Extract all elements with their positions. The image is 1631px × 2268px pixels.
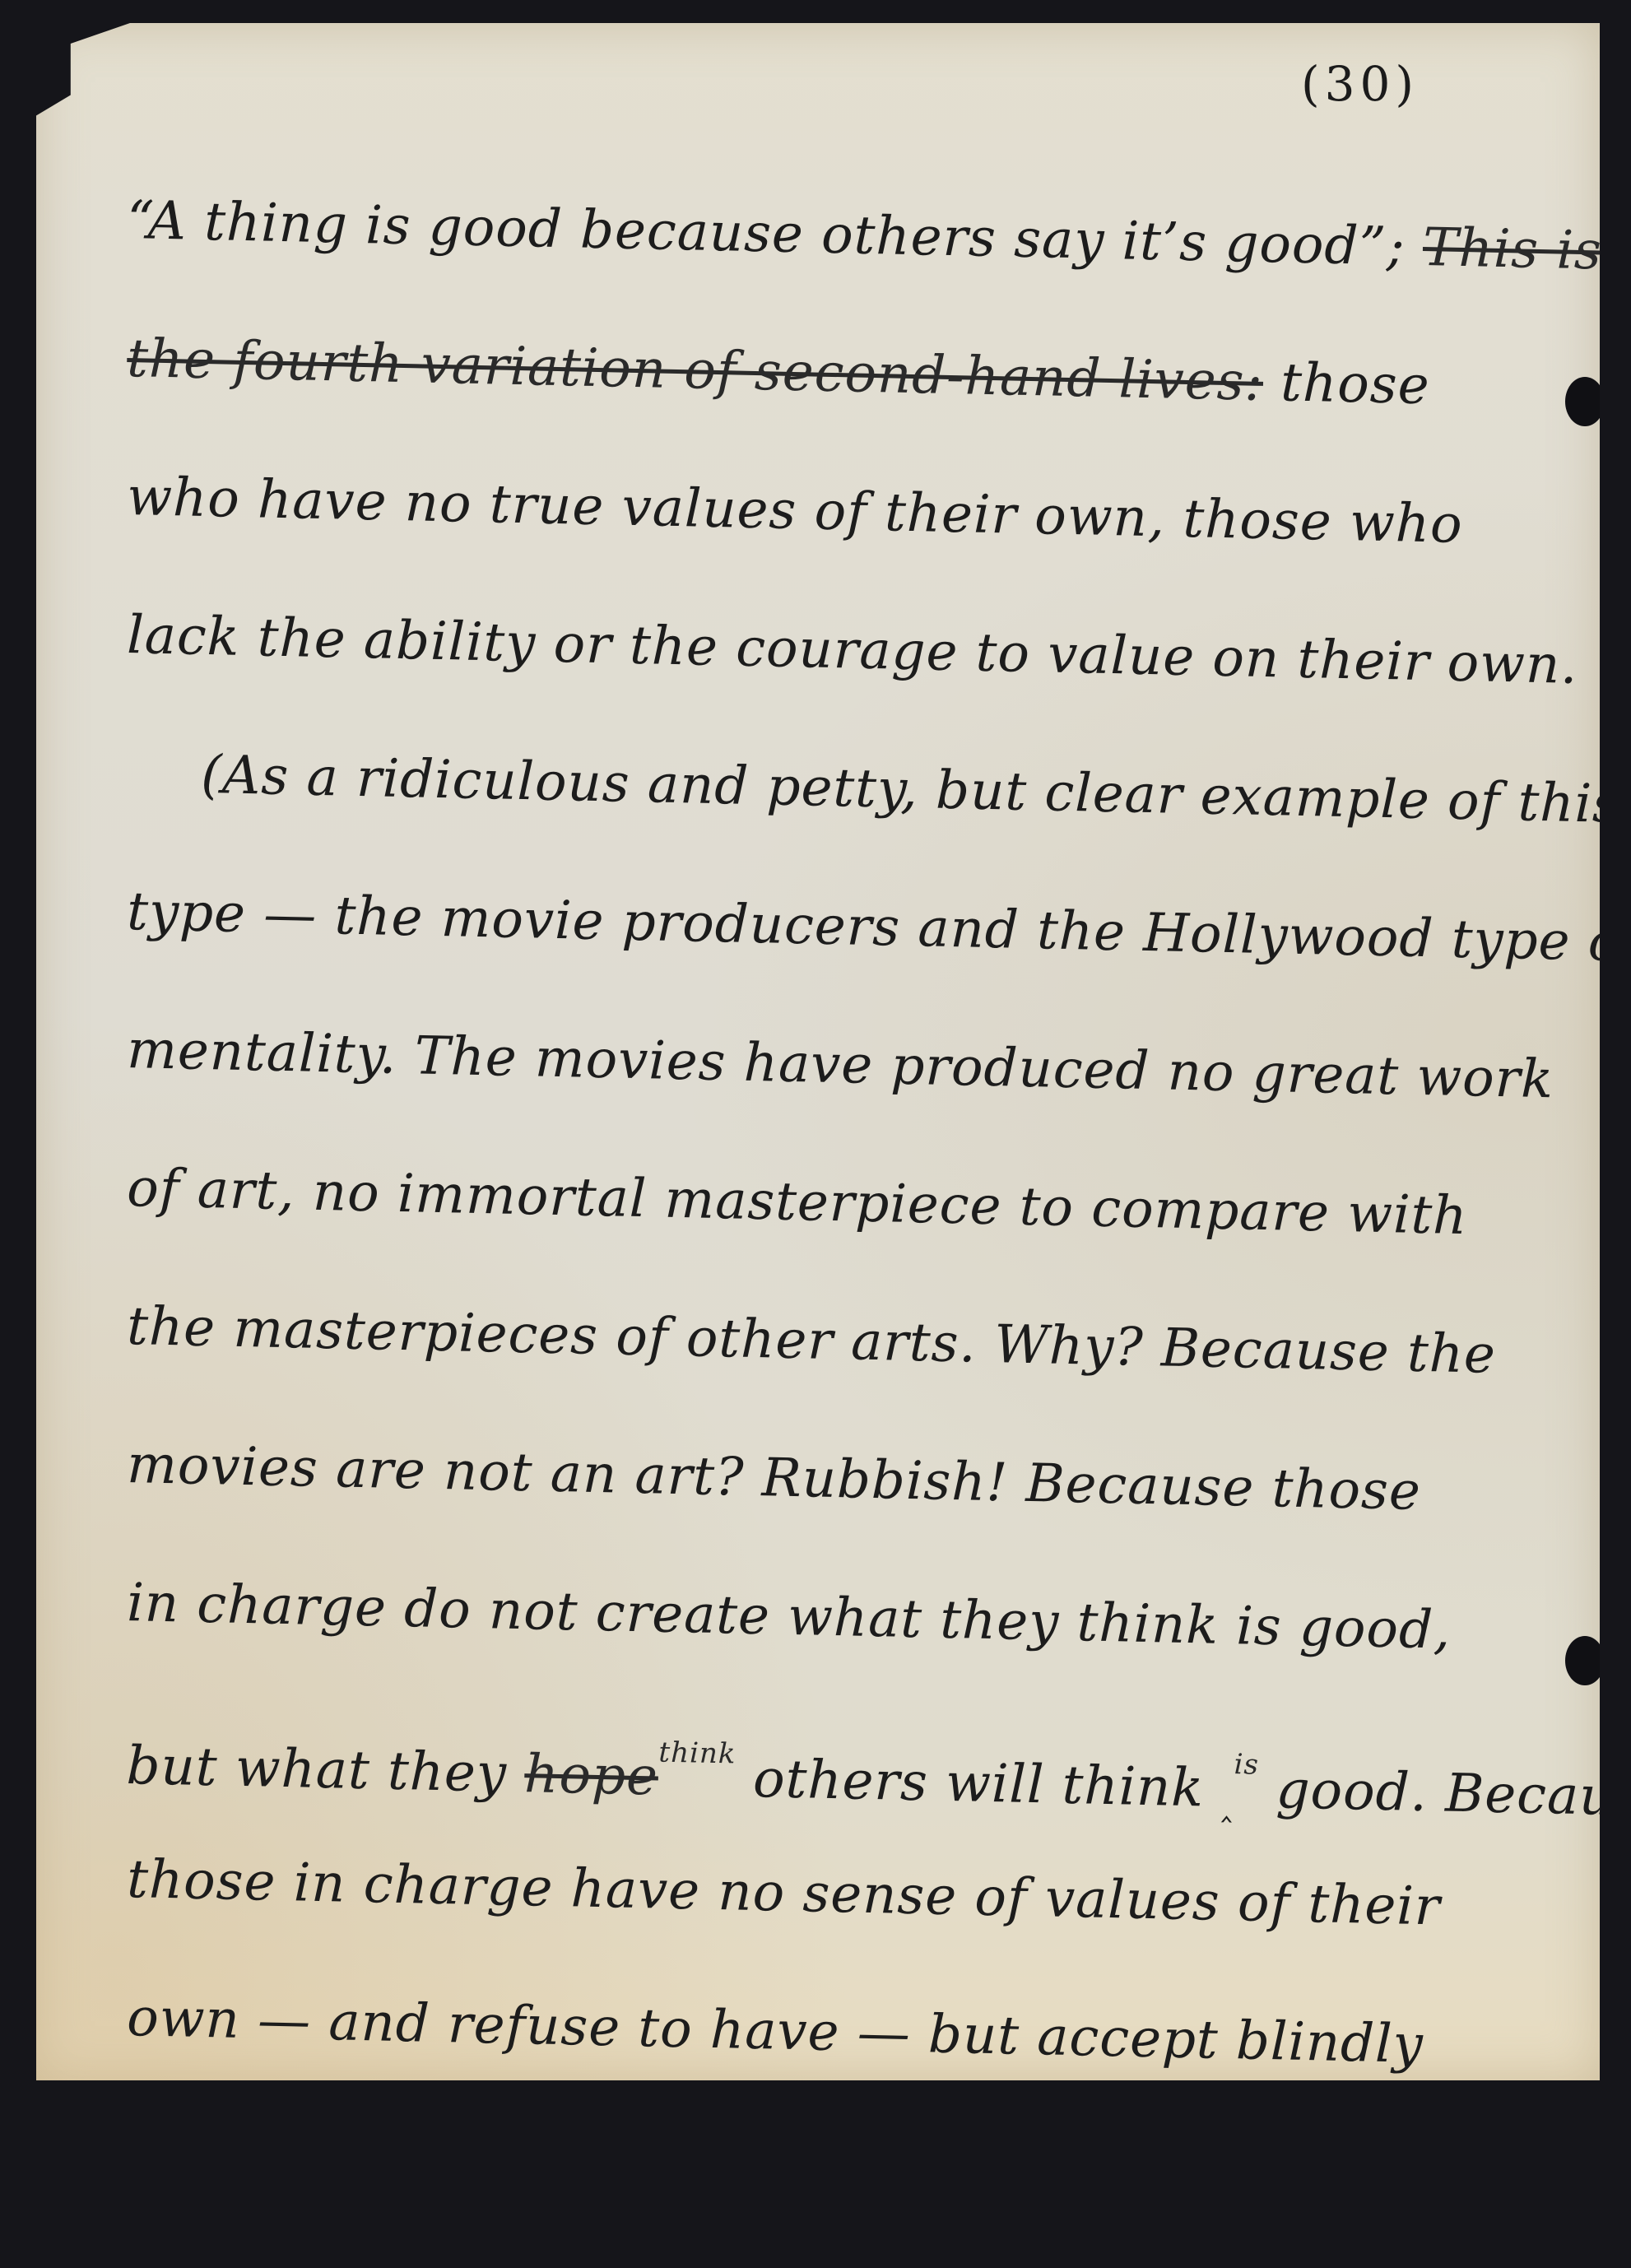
punch-hole-top (1565, 377, 1605, 426)
insertion-caret-icon: ‸ (1221, 1785, 1234, 1823)
page-number: (30) (1301, 56, 1419, 112)
struck-text: This is (1422, 217, 1602, 282)
struck-text: the fourth variation of second-hand live… (127, 328, 1264, 413)
struck-text: hope (524, 1744, 659, 1807)
text-line: anything and everything approved by some… (125, 2098, 1543, 2107)
inserted-text: think (658, 1736, 737, 1771)
manuscript-page: (30) “A thing is good because others say… (36, 23, 1600, 2080)
handwritten-text: “A thing is good because others say it’s… (127, 163, 1542, 2107)
inserted-text: is (1234, 1748, 1259, 1782)
punch-hole-bottom (1565, 1636, 1605, 1685)
